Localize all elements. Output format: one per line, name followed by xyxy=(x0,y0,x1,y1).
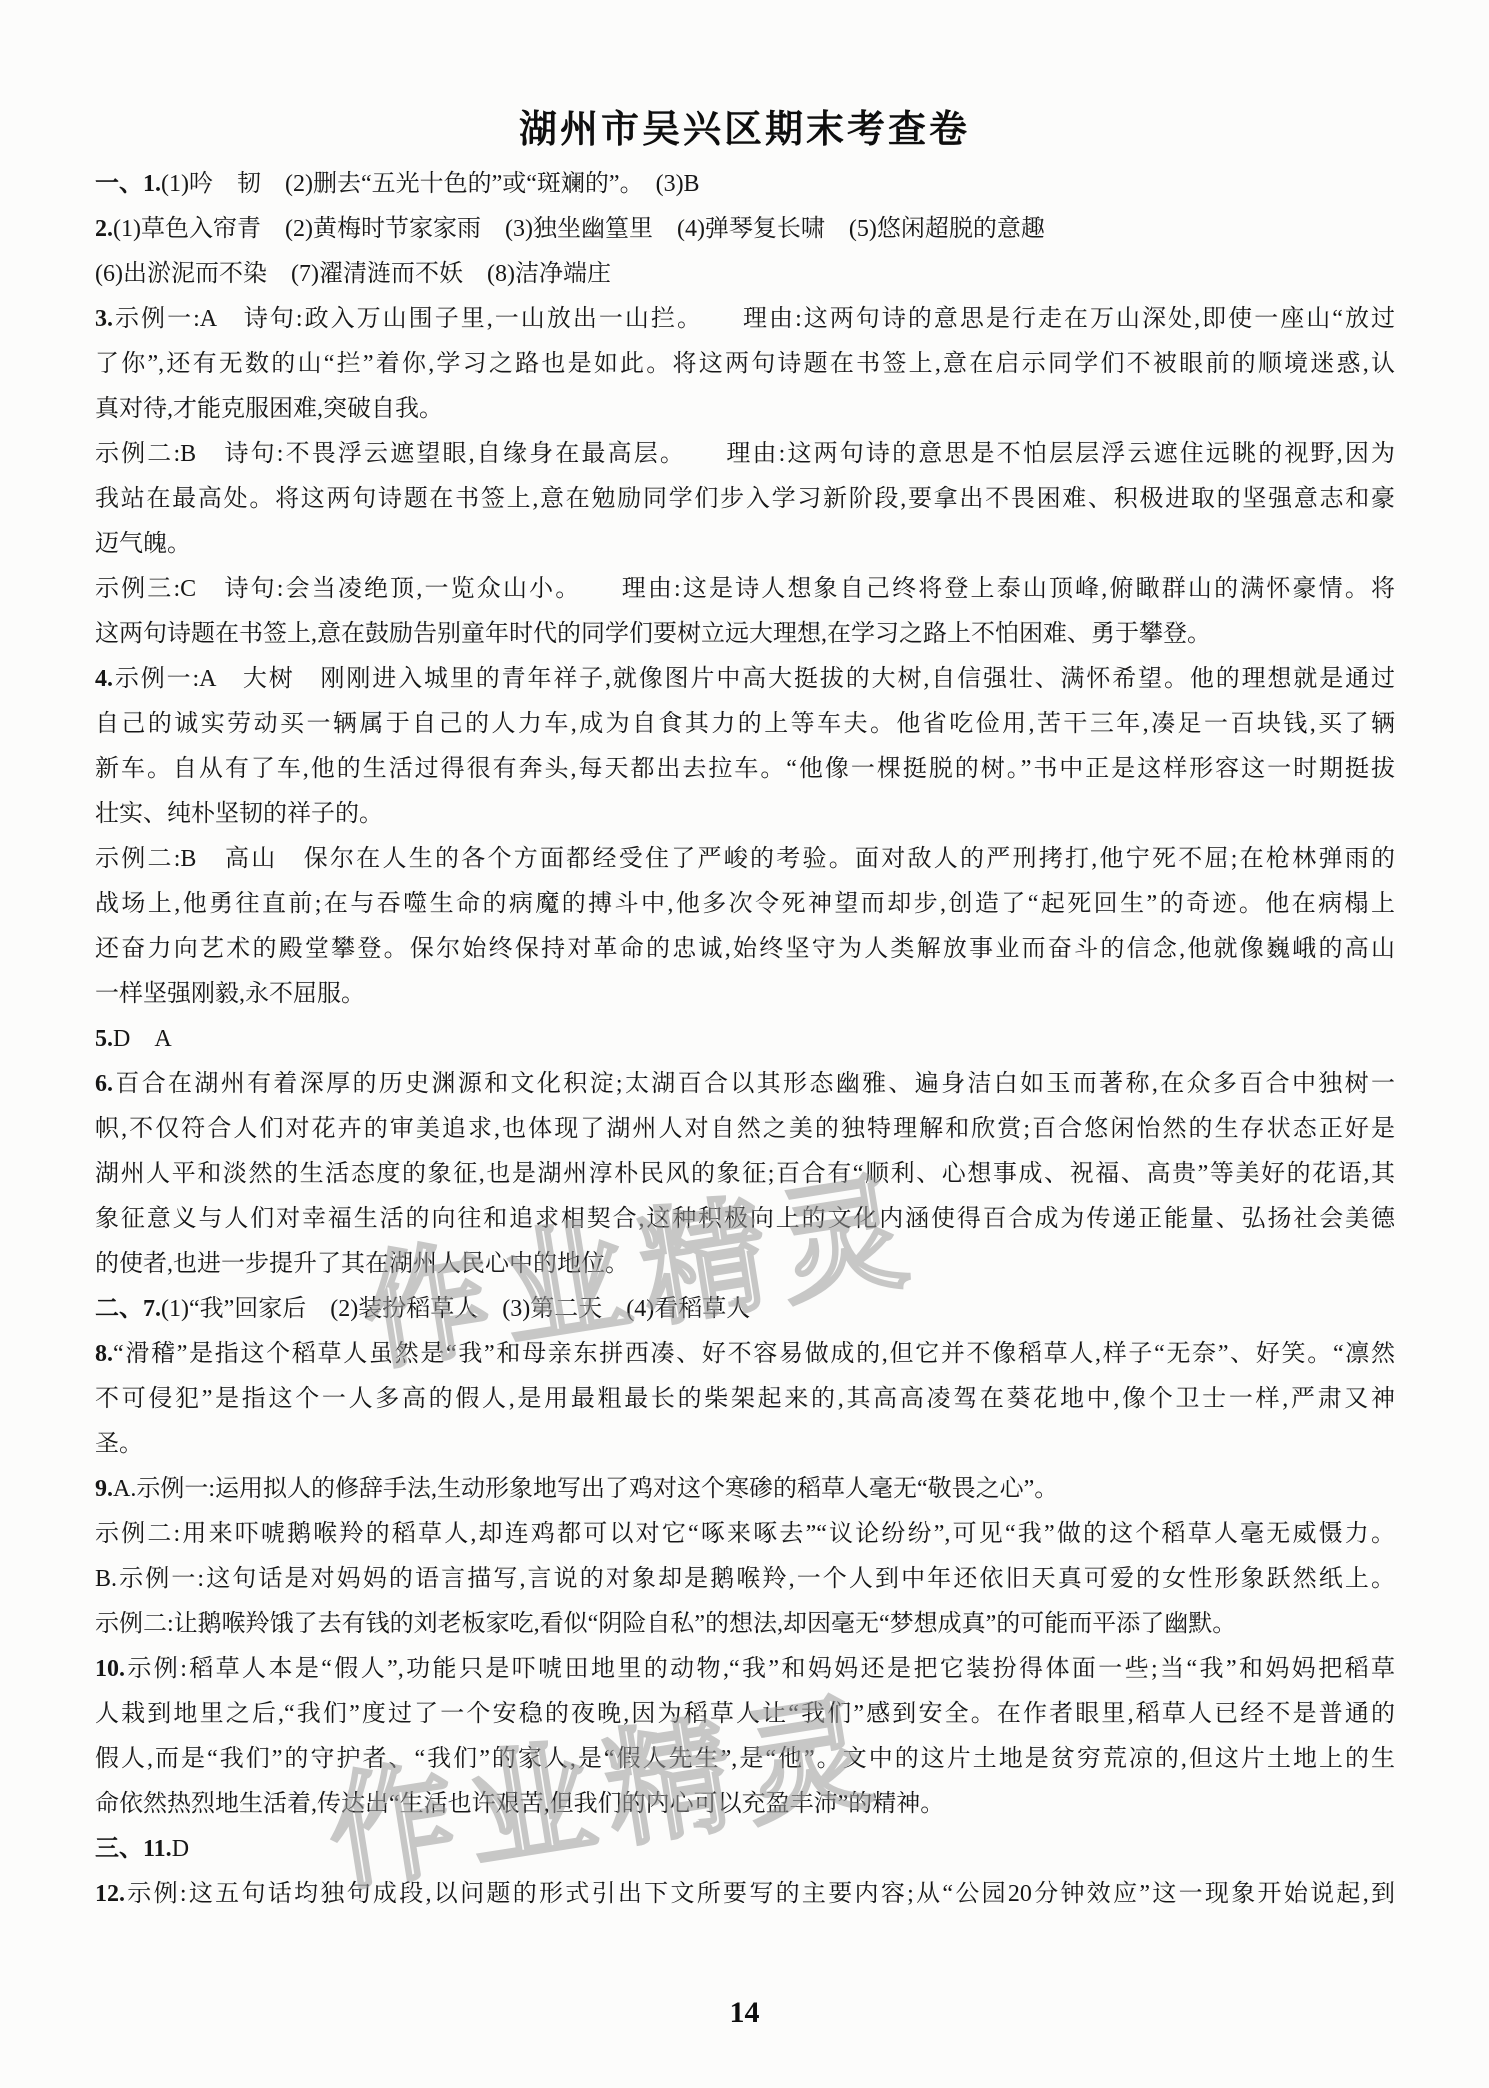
answer-line: 的使者,也进一步提升了其在湖州人民心中的地位。 xyxy=(95,1242,1395,1287)
answer-line: 9.A.示例一:运用拟人的修辞手法,生动形象地写出了鸡对这个寒碜的稻草人毫无“敬… xyxy=(95,1467,1395,1512)
answer-line: 还奋力向艺术的殿堂攀登。保尔始终保持对革命的忠诚,始终坚守为人类解放事业而奋斗的… xyxy=(95,927,1395,972)
answer-line: (6)出淤泥而不染 (7)濯清涟而不妖 (8)洁净端庄 xyxy=(95,252,1395,297)
question-number: 6. xyxy=(95,1071,113,1097)
answer-line: 战场上,他勇往直前;在与吞噬生命的病魔的搏斗中,他多次令死神望而却步,创造了“起… xyxy=(95,882,1395,927)
question-number: 3. xyxy=(95,306,113,332)
document-page: 湖州市吴兴区期末考查卷 一、1.(1)吟 韧 (2)删去“五光十色的”或“斑斓的… xyxy=(0,0,1489,2088)
answer-line: 我站在最高处。将这两句诗题在书签上,意在勉励同学们步入学习新阶段,要拿出不畏困难… xyxy=(95,477,1395,522)
question-number: 三、11. xyxy=(95,1836,172,1862)
answer-line: 8.“滑稽”是指这个稻草人虽然是“我”和母亲东拼西凑、好不容易做成的,但它并不像… xyxy=(95,1332,1395,1377)
answer-line: 了你”,还有无数的山“拦”着你,学习之路也是如此。将这两句诗题在书签上,意在启示… xyxy=(95,342,1395,387)
answer-line: 自己的诚实劳动买一辆属于自己的人力车,成为自食其力的上等车夫。他省吃俭用,苦干三… xyxy=(95,702,1395,747)
answer-line: 二、7.(1)“我”回家后 (2)装扮稻草人 (3)第二天 (4)看稻草人 xyxy=(95,1287,1395,1332)
answer-line: 人栽到地里之后,“我们”度过了一个安稳的夜晚,因为稻草人让“我们”感到安全。在作… xyxy=(95,1692,1395,1737)
question-number: 一、1. xyxy=(95,171,161,197)
answer-line: 真对待,才能克服困难,突破自我。 xyxy=(95,387,1395,432)
question-number: 9. xyxy=(95,1476,113,1502)
answer-line: 示例二:B 诗句:不畏浮云遮望眼,自缘身在最高层。 理由:这两句诗的意思是不怕层… xyxy=(95,432,1395,477)
answer-line: 圣。 xyxy=(95,1422,1395,1467)
answer-line: 三、11.D xyxy=(95,1827,1395,1872)
page-number: 14 xyxy=(0,1996,1489,2030)
answer-line: 迈气魄。 xyxy=(95,522,1395,567)
answer-line: 示例三:C 诗句:会当凌绝顶,一览众山小。 理由:这是诗人想象自己终将登上泰山顶… xyxy=(95,567,1395,612)
answer-line: 湖州人平和淡然的生活态度的象征,也是湖州淳朴民风的象征;百合有“顺利、心想事成、… xyxy=(95,1152,1395,1197)
answer-line: 示例二:让鹅喉羚饿了去有钱的刘老板家吃,看似“阴险自私”的想法,却因毫无“梦想成… xyxy=(95,1602,1395,1647)
question-number: 2. xyxy=(95,216,113,242)
answer-line: 这两句诗题在书签上,意在鼓励告别童年时代的同学们要树立远大理想,在学习之路上不怕… xyxy=(95,612,1395,657)
answer-line: 一样坚强刚毅,永不屈服。 xyxy=(95,972,1395,1017)
answer-line: 不可侵犯”是指这个一人多高的假人,是用最粗最长的柴架起来的,其高高凌驾在葵花地中… xyxy=(95,1377,1395,1422)
answer-line: B.示例一:这句话是对妈妈的语言描写,言说的对象却是鹅喉羚,一个人到中年还依旧天… xyxy=(95,1557,1395,1602)
answer-line: 一、1.(1)吟 韧 (2)删去“五光十色的”或“斑斓的”。 (3)B xyxy=(95,162,1395,207)
answer-line: 假人,而是“我们”的守护者、“我们”的家人,是“假人先生”,是“他”。文中的这片… xyxy=(95,1737,1395,1782)
question-number: 4. xyxy=(95,666,113,692)
answer-line: 5.D A xyxy=(95,1017,1395,1062)
question-number: 10. xyxy=(95,1656,125,1682)
answer-line: 壮实、纯朴坚韧的祥子的。 xyxy=(95,792,1395,837)
answer-line: 命依然热烈地生活着,传达出“生活也许艰苦,但我们的内心可以充盈丰沛”的精神。 xyxy=(95,1782,1395,1827)
question-number: 5. xyxy=(95,1026,113,1052)
answer-line: 示例二:B 高山 保尔在人生的各个方面都经受住了严峻的考验。面对敌人的严刑拷打,… xyxy=(95,837,1395,882)
answer-line: 12.示例:这五句话均独句成段,以问题的形式引出下文所要写的主要内容;从“公园2… xyxy=(95,1872,1395,1917)
answer-line: 6.百合在湖州有着深厚的历史渊源和文化积淀;太湖百合以其形态幽雅、遍身洁白如玉而… xyxy=(95,1062,1395,1107)
answer-line: 帜,不仅符合人们对花卉的审美追求,也体现了湖州人对自然之美的独特理解和欣赏;百合… xyxy=(95,1107,1395,1152)
answer-line: 象征意义与人们对幸福生活的向往和追求相契合,这种积极向上的文化内涵使得百合成为传… xyxy=(95,1197,1395,1242)
answer-line: 2.(1)草色入帘青 (2)黄梅时节家家雨 (3)独坐幽篁里 (4)弹琴复长啸 … xyxy=(95,207,1395,252)
question-number: 二、7. xyxy=(95,1296,161,1322)
answer-line: 示例二:用来吓唬鹅喉羚的稻草人,却连鸡都可以对它“啄来啄去”“议论纷纷”,可见“… xyxy=(95,1512,1395,1557)
page-title: 湖州市吴兴区期末考查卷 xyxy=(0,98,1489,153)
answer-line: 3.示例一:A 诗句:政入万山围子里,一山放出一山拦。 理由:这两句诗的意思是行… xyxy=(95,297,1395,342)
answer-line: 新车。自从有了车,他的生活过得很有奔头,每天都出去拉车。“他像一棵挺脱的树。”书… xyxy=(95,747,1395,792)
answer-line: 4.示例一:A 大树 刚刚进入城里的青年祥子,就像图片中高大挺拔的大树,自信强壮… xyxy=(95,657,1395,702)
answer-lines: 一、1.(1)吟 韧 (2)删去“五光十色的”或“斑斓的”。 (3)B2.(1)… xyxy=(95,162,1395,1917)
answer-line: 10.示例:稻草人本是“假人”,功能只是吓唬田地里的动物,“我”和妈妈还是把它装… xyxy=(95,1647,1395,1692)
question-number: 8. xyxy=(95,1341,113,1367)
question-number: 12. xyxy=(95,1881,125,1907)
